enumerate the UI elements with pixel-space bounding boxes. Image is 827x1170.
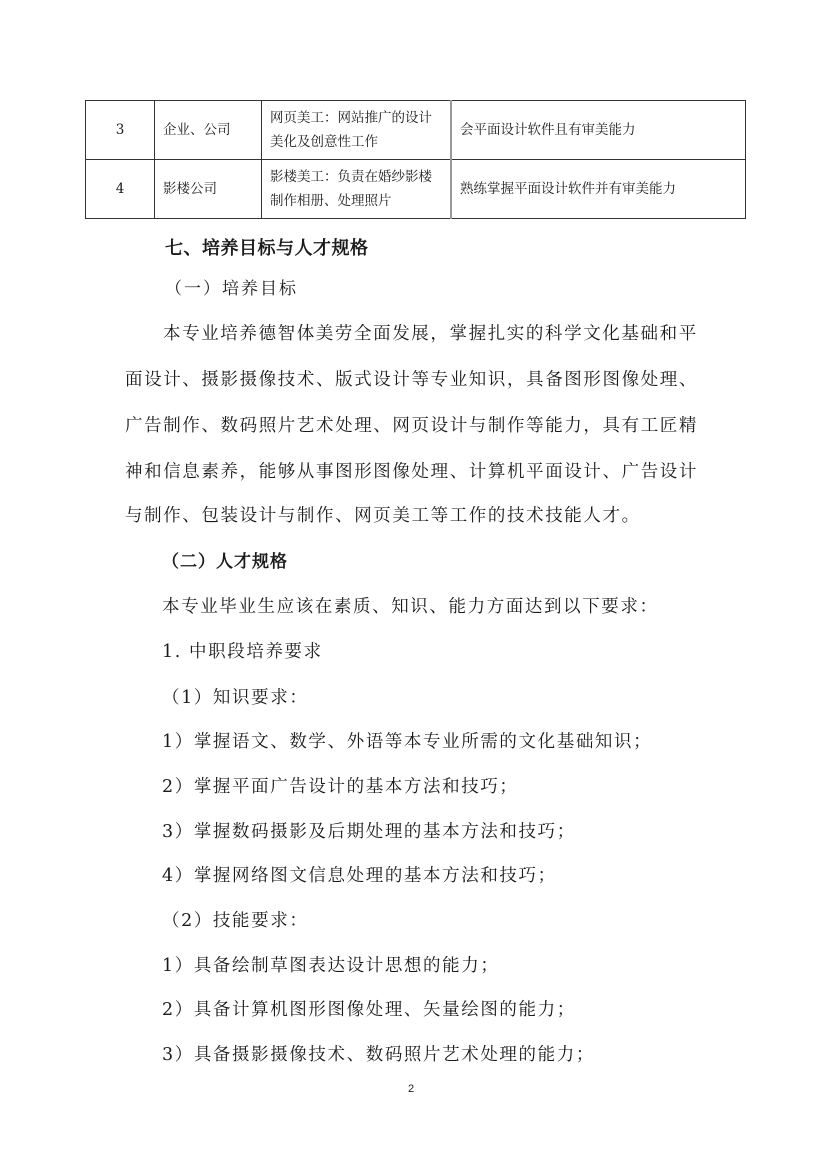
section-heading: 七、培养目标与人才规格 [165, 234, 369, 260]
requirement-cell: 熟练掌握平面设计软件并有审美能力 [451, 160, 746, 219]
list-item: 2）掌握平面广告设计的基本方法和技巧； [162, 773, 519, 798]
subsection-heading-specs: （二）人才规格 [162, 547, 288, 572]
list-item: 1）具备绘制草图表达设计思想的能力； [162, 952, 499, 977]
job-description-cell: 影楼美工：负责在婚纱影楼 制作相册、处理照片 [262, 160, 452, 219]
employer-cell: 影楼公司 [155, 160, 262, 219]
list-item: 2）具备计算机图形图像处理、矢量绘图的能力； [162, 996, 576, 1021]
list-item: 3）具备摄影摄像技术、数码照片艺术处理的能力； [162, 1041, 595, 1066]
job-line: 美化及创意性工作 [270, 130, 442, 154]
skills-heading: （2）技能要求： [162, 907, 308, 932]
row-number: 4 [86, 160, 155, 219]
intro-text: 本专业毕业生应该在素质、知识、能力方面达到以下要求： [162, 593, 659, 618]
paragraph-line: 广告制作、数码照片艺术处理、网页设计与制作等能力，具有工匠精 [125, 412, 698, 437]
stage-heading: 1. 中职段培养要求 [162, 638, 323, 663]
knowledge-heading: （1）知识要求： [162, 684, 308, 709]
job-line: 网页美工：网站推广的设计 [270, 106, 442, 130]
document-page: 3 企业、公司 网页美工：网站推广的设计 美化及创意性工作 会平面设计软件且有审… [0, 0, 827, 1170]
paragraph-line: 神和信息素养，能够从事图形图像处理、计算机平面设计、广告设计 [125, 458, 698, 483]
list-item: 4）掌握网络图文信息处理的基本方法和技巧； [162, 862, 557, 887]
paragraph-line: 面设计、摄影摄像技术、版式设计等专业知识，具备图形图像处理、 [125, 366, 698, 391]
list-item: 3）掌握数码摄影及后期处理的基本方法和技巧； [162, 818, 576, 843]
job-line: 影楼美工：负责在婚纱影楼 [270, 165, 442, 189]
job-positions-table: 3 企业、公司 网页美工：网站推广的设计 美化及创意性工作 会平面设计软件且有审… [85, 100, 746, 219]
subsection-heading-goals: （一）培养目标 [165, 274, 298, 299]
paragraph-line: 本专业培养德智体美劳全面发展，掌握扎实的科学文化基础和平 [163, 320, 698, 345]
table-row: 3 企业、公司 网页美工：网站推广的设计 美化及创意性工作 会平面设计软件且有审… [86, 101, 746, 160]
list-item: 1）掌握语文、数学、外语等本专业所需的文化基础知识； [162, 728, 652, 753]
paragraph-line: 与制作、包装设计与制作、网页美工等工作的技术技能人才。 [125, 502, 641, 527]
employer-cell: 企业、公司 [155, 101, 262, 160]
job-description-cell: 网页美工：网站推广的设计 美化及创意性工作 [262, 101, 452, 160]
requirement-cell: 会平面设计软件且有审美能力 [451, 101, 746, 160]
job-line: 制作相册、处理照片 [270, 189, 442, 213]
table-row: 4 影楼公司 影楼美工：负责在婚纱影楼 制作相册、处理照片 熟练掌握平面设计软件… [86, 160, 746, 219]
row-number: 3 [86, 101, 155, 160]
page-number: 2 [408, 1083, 414, 1095]
